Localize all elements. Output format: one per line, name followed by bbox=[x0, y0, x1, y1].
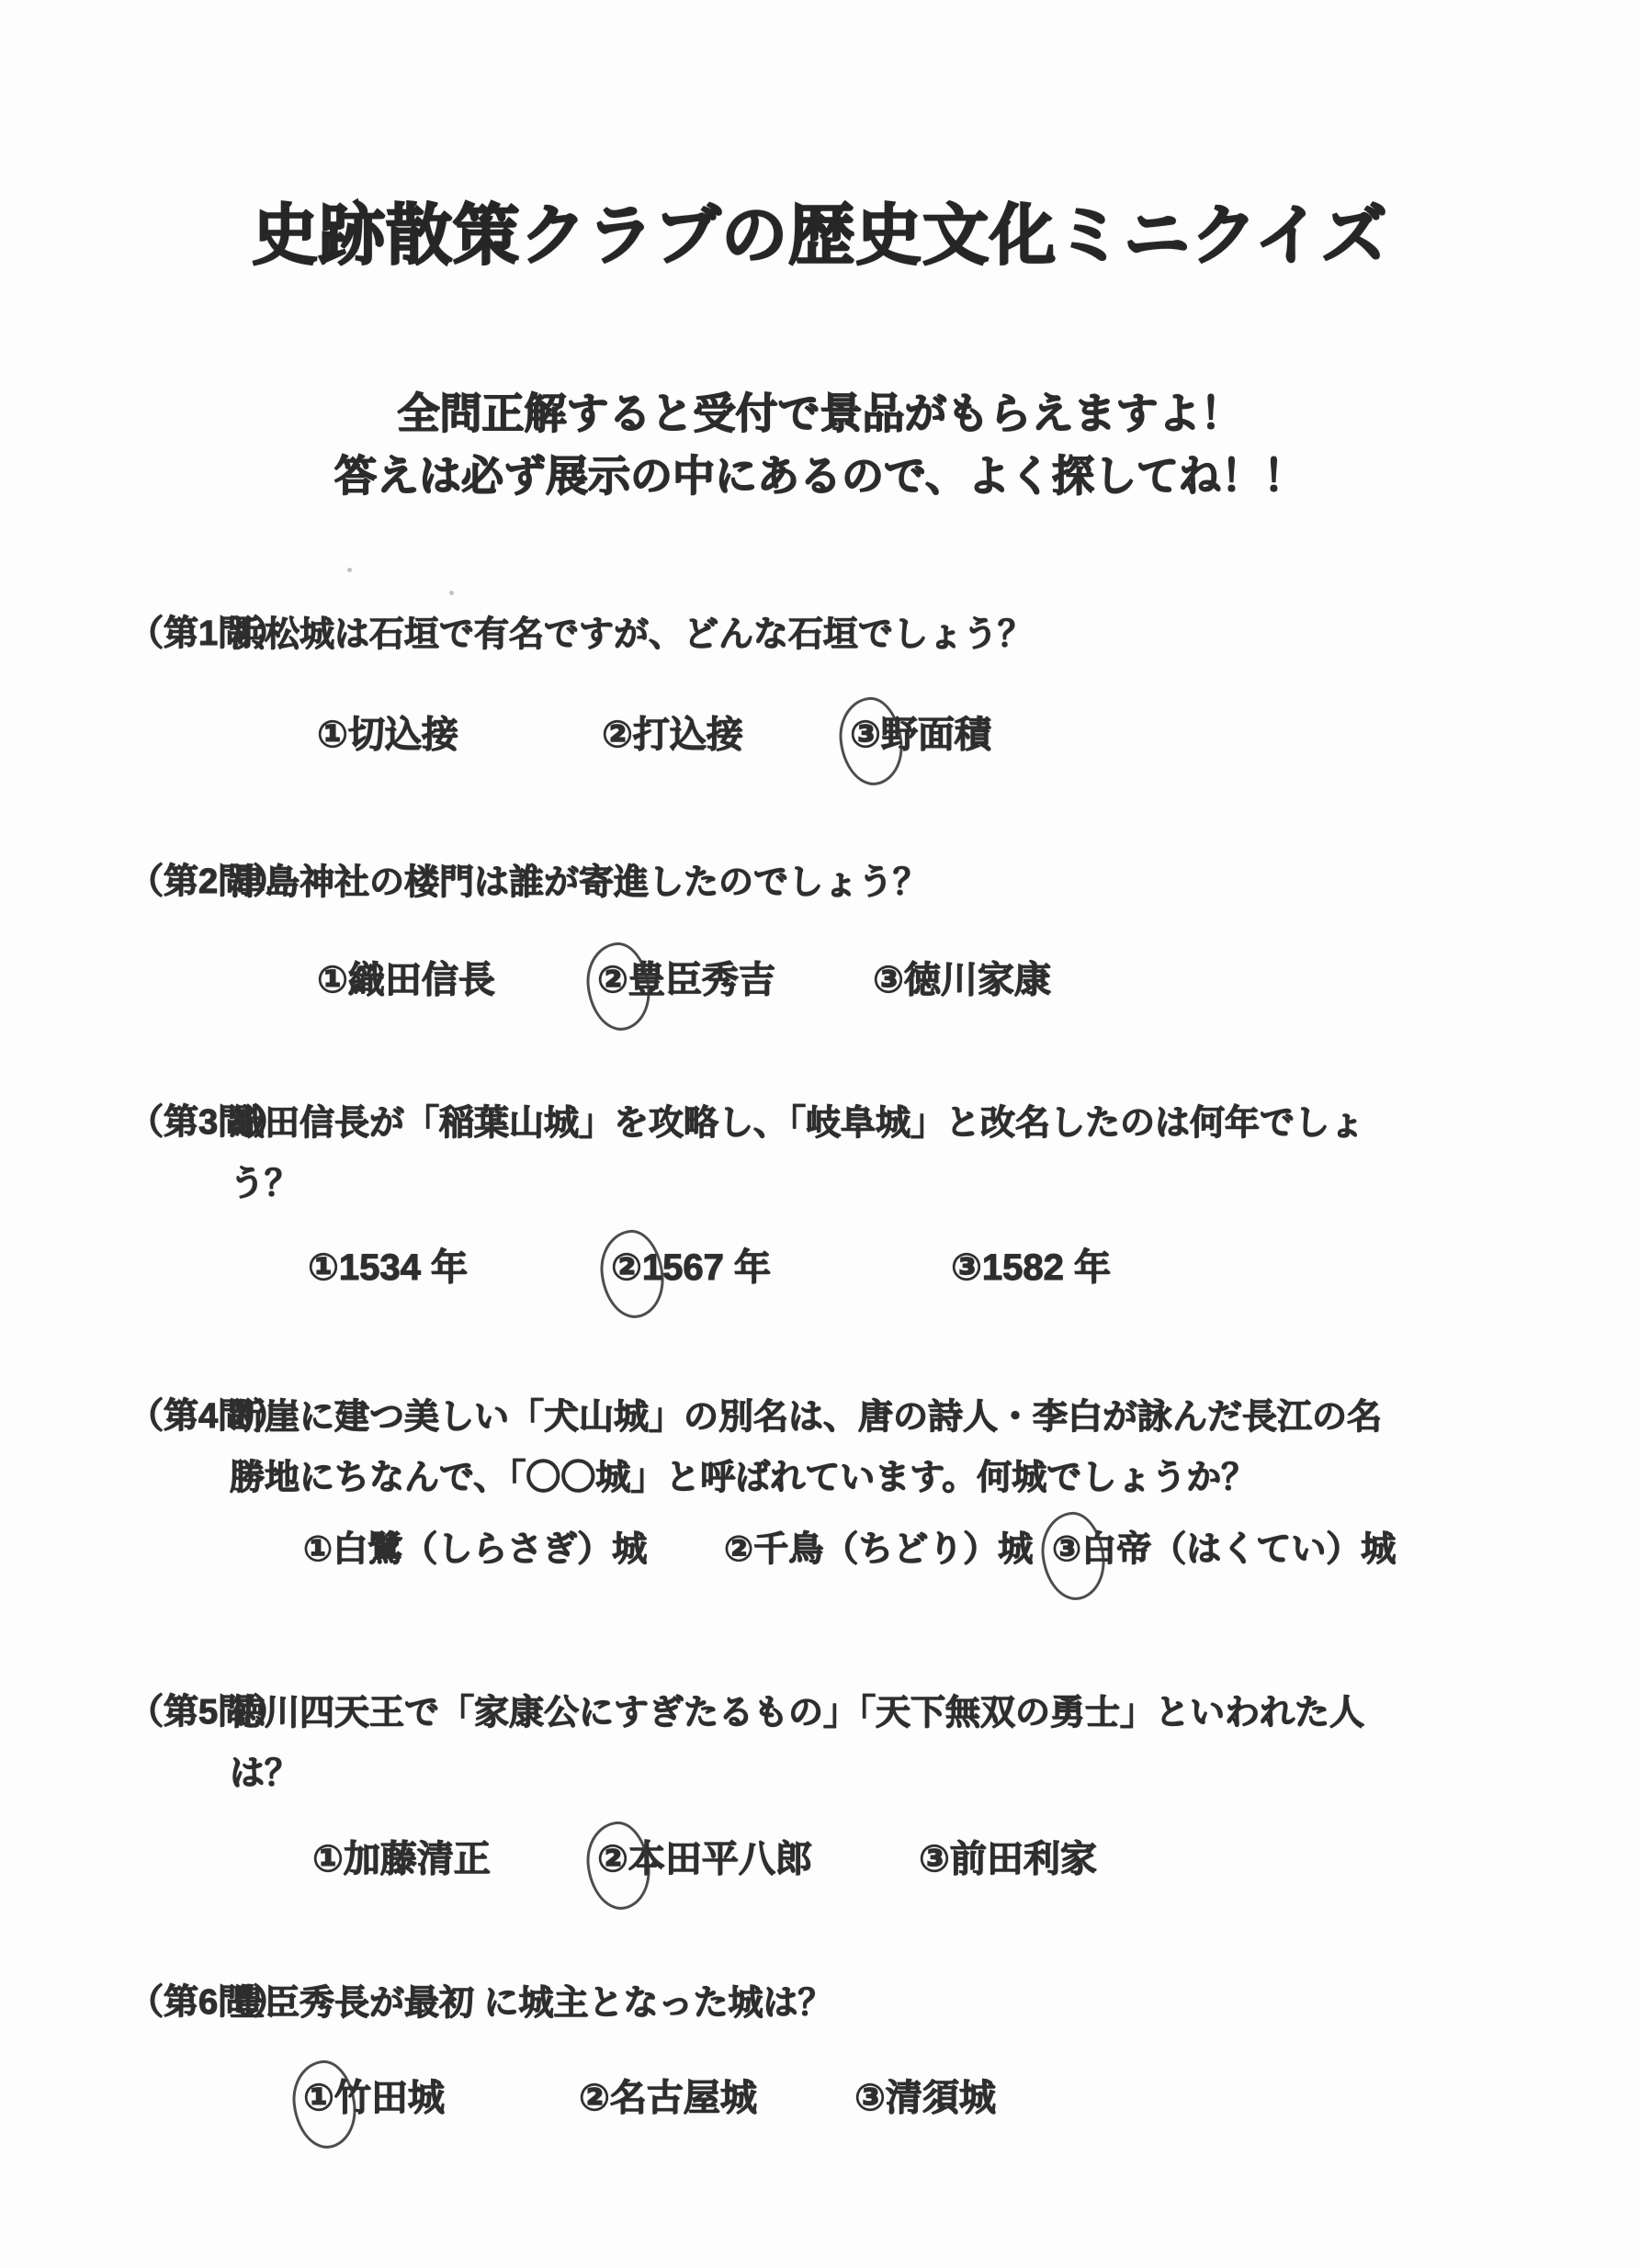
option-5-2-label: 本田平八郎 bbox=[628, 1839, 812, 1879]
option-2-3-number: ③ bbox=[873, 959, 904, 1001]
option-4-1-number: ① bbox=[303, 1529, 333, 1570]
option-4-3: ③白帝（はくてい）城 bbox=[1052, 1520, 1396, 1571]
question-6-options: ①竹田城 ②名古屋城 ③清須城 bbox=[0, 2069, 1640, 2133]
option-4-3-label: 白帝（はくてい）城 bbox=[1081, 1530, 1396, 1569]
option-3-1-label: 1534 年 bbox=[339, 1247, 468, 1288]
option-5-2-number: ② bbox=[597, 1838, 628, 1880]
intro-line-1: 全問正解すると受付で景品がもらえますよ！ bbox=[0, 382, 1640, 445]
option-2-3-label: 徳川家康 bbox=[904, 960, 1051, 1000]
option-5-3-label: 前田利家 bbox=[950, 1839, 1097, 1879]
option-6-2-number: ② bbox=[579, 2077, 610, 2119]
option-6-3: ③清須城 bbox=[854, 2069, 996, 2121]
option-3-3-label: 1582 年 bbox=[982, 1247, 1111, 1288]
intro-line-2: 答えは必ず展示の中にあるので、よく探してね！！ bbox=[0, 445, 1640, 507]
question-1-line-1: 浜松城は石垣で有名ですが、どんな石垣でしょう？ bbox=[230, 604, 1571, 665]
option-2-2: ②豊臣秀吉 bbox=[597, 951, 775, 1003]
option-6-3-number: ③ bbox=[854, 2077, 886, 2119]
option-2-2-number: ② bbox=[597, 959, 628, 1001]
option-2-3: ③徳川家康 bbox=[873, 951, 1051, 1003]
option-6-1-label: 竹田城 bbox=[334, 2078, 445, 2118]
option-6-3-label: 清須城 bbox=[886, 2078, 996, 2118]
question-1-text: 浜松城は石垣で有名ですが、どんな石垣でしょう？ bbox=[230, 604, 1571, 665]
option-3-2-label: 1567 年 bbox=[642, 1247, 771, 1288]
option-3-2-number: ② bbox=[611, 1247, 642, 1289]
question-5-line-2: は？ bbox=[230, 1743, 1571, 1804]
option-1-2: ②打込接 bbox=[602, 705, 743, 758]
option-4-3-number: ③ bbox=[1052, 1529, 1081, 1570]
option-3-3: ③1582 年 bbox=[951, 1238, 1111, 1291]
option-2-1: ①織田信長 bbox=[317, 951, 495, 1003]
option-2-2-label: 豊臣秀吉 bbox=[628, 960, 775, 1000]
question-2-text: 津島神社の楼門は誰が寄進したのでしょう？ bbox=[230, 852, 1571, 913]
question-4-line-2: 勝地にちなんで、「〇〇城」と呼ばれています。何城でしょうか？ bbox=[230, 1448, 1571, 1508]
option-1-3-label: 野面積 bbox=[881, 715, 991, 755]
option-4-2: ②千鳥（ちどり）城 bbox=[724, 1520, 1033, 1571]
question-5-text: 徳川四天王で「家康公にすぎたるもの」「天下無双の勇士」といわれた人 は？ bbox=[230, 1683, 1571, 1804]
option-4-2-number: ② bbox=[724, 1529, 753, 1570]
option-4-1: ①白鷺（しらさぎ）城 bbox=[303, 1520, 647, 1571]
intro-text: 全問正解すると受付で景品がもらえますよ！ 答えは必ず展示の中にあるので、よく探し… bbox=[0, 382, 1640, 507]
option-3-1: ①1534 年 bbox=[308, 1238, 468, 1291]
option-2-1-number: ① bbox=[317, 959, 348, 1001]
option-1-3-number: ③ bbox=[850, 714, 881, 756]
question-6-text: 豊臣秀長が最初 に城主となった城は？ bbox=[230, 1973, 1571, 2034]
question-4-line-1: 断崖に建つ美しい「犬山城」の別名は、唐の詩人・李白が詠んだ長江の名 bbox=[230, 1387, 1571, 1448]
scan-artifact-dot bbox=[449, 591, 454, 595]
question-5-line-1: 徳川四天王で「家康公にすぎたるもの」「天下無双の勇士」といわれた人 bbox=[230, 1683, 1571, 1743]
scan-artifact-dot bbox=[347, 568, 352, 572]
option-4-2-label: 千鳥（ちどり）城 bbox=[753, 1530, 1033, 1569]
quiz-sheet: 史跡散策クラブの歴史文化ミニクイズ 全問正解すると受付で景品がもらえますよ！ 答… bbox=[0, 0, 1640, 2268]
option-3-2: ②1567 年 bbox=[611, 1238, 771, 1291]
option-3-1-number: ① bbox=[308, 1247, 339, 1289]
question-2-line-1: 津島神社の楼門は誰が寄進したのでしょう？ bbox=[230, 852, 1571, 913]
option-1-3: ③野面積 bbox=[850, 705, 991, 758]
option-5-1: ①加藤清正 bbox=[312, 1830, 491, 1882]
question-5-options: ①加藤清正 ②本田平八郎 ③前田利家 bbox=[0, 1830, 1640, 1894]
question-2-options: ①織田信長 ②豊臣秀吉 ③徳川家康 bbox=[0, 951, 1640, 1015]
option-4-1-label: 白鷺（しらさぎ）城 bbox=[333, 1530, 647, 1569]
option-6-1: ①竹田城 bbox=[303, 2069, 445, 2121]
option-2-1-label: 織田信長 bbox=[348, 960, 495, 1000]
question-4-text: 断崖に建つ美しい「犬山城」の別名は、唐の詩人・李白が詠んだ長江の名 勝地にちなん… bbox=[230, 1387, 1571, 1508]
option-1-2-number: ② bbox=[602, 714, 633, 756]
question-3-options: ①1534 年 ②1567 年 ③1582 年 bbox=[0, 1238, 1640, 1303]
option-1-2-label: 打込接 bbox=[633, 715, 743, 755]
question-3-line-2: う？ bbox=[230, 1154, 1571, 1214]
question-3-text: 織田信長が「稲葉山城」を攻略し、「岐阜城」と改名したのは何年でしょ う？ bbox=[230, 1093, 1571, 1214]
option-3-3-number: ③ bbox=[951, 1247, 982, 1289]
option-6-1-number: ① bbox=[303, 2077, 334, 2119]
page-title: 史跡散策クラブの歴史文化ミニクイズ bbox=[0, 182, 1640, 277]
option-5-3: ③前田利家 bbox=[919, 1830, 1097, 1882]
question-4-options: ①白鷺（しらさぎ）城 ②千鳥（ちどり）城 ③白帝（はくてい）城 bbox=[0, 1520, 1640, 1585]
option-5-2: ②本田平八郎 bbox=[597, 1830, 812, 1882]
question-1-options: ①切込接 ②打込接 ③野面積 bbox=[0, 705, 1640, 770]
option-6-2-label: 名古屋城 bbox=[610, 2078, 757, 2118]
option-5-1-label: 加藤清正 bbox=[344, 1839, 491, 1879]
option-1-1: ①切込接 bbox=[317, 705, 458, 758]
option-1-1-label: 切込接 bbox=[348, 715, 458, 755]
option-5-3-number: ③ bbox=[919, 1838, 950, 1880]
question-6-line-1: 豊臣秀長が最初 に城主となった城は？ bbox=[230, 1973, 1571, 2034]
question-3-line-1: 織田信長が「稲葉山城」を攻略し、「岐阜城」と改名したのは何年でしょ bbox=[230, 1093, 1571, 1154]
option-5-1-number: ① bbox=[312, 1838, 344, 1880]
option-1-1-number: ① bbox=[317, 714, 348, 756]
option-6-2: ②名古屋城 bbox=[579, 2069, 757, 2121]
